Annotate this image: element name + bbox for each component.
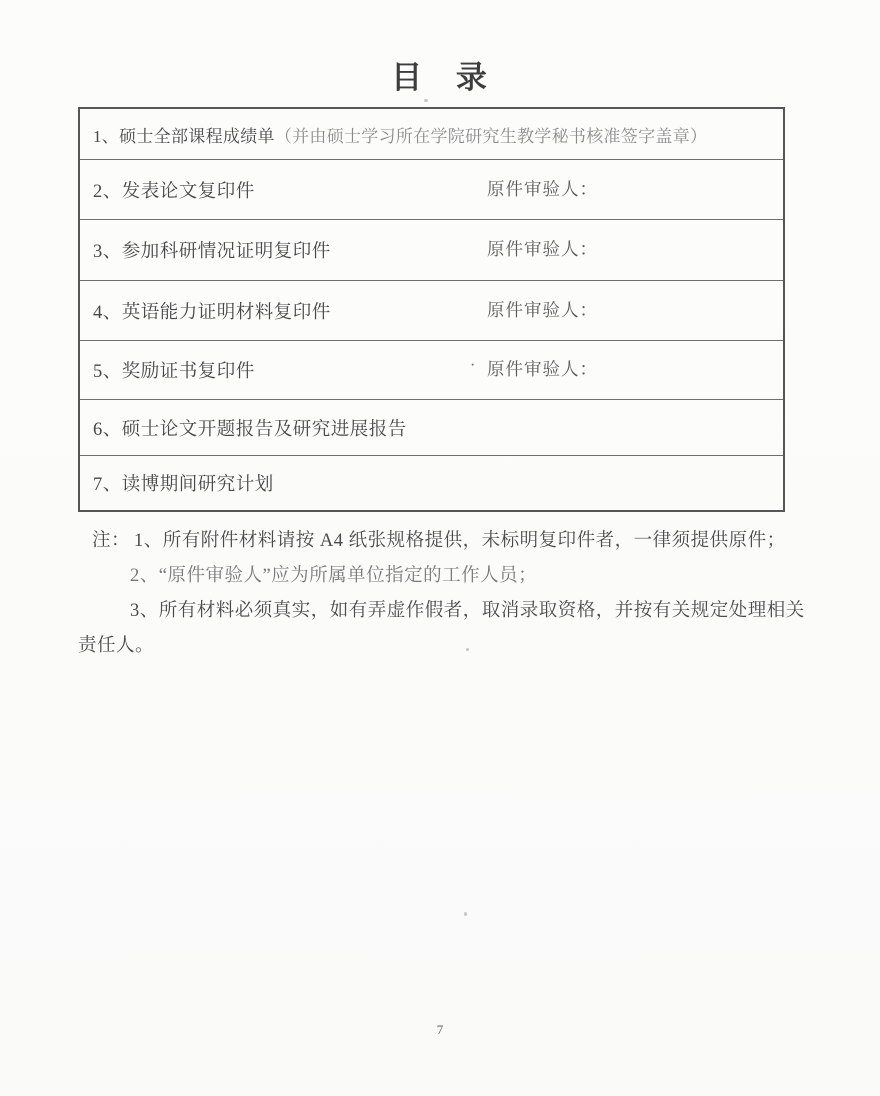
note-prefix: 注： (92, 531, 130, 551)
note-line: 3、所有材料必须真实，如有弄虚作假者，取消录取资格，并按有关规定处理相关责任人。 (78, 594, 823, 664)
row-label: 4、英语能力证明材料复印件 (80, 298, 331, 324)
notes-section: 注：1、所有附件材料请按 A4 纸张规格提供，未标明复印件者，一律须提供原件； … (78, 524, 823, 664)
table-row: 2、发表论文复印件 原件审验人： (80, 160, 783, 220)
table-row: 7、读博期间研究计划 (80, 456, 783, 510)
note-line: 注：1、所有附件材料请按 A4 纸张规格提供，未标明复印件者，一律须提供原件； (78, 524, 823, 559)
scan-dot-mark: · (470, 357, 476, 375)
table-row: 6、硕士论文开题报告及研究进展报告 (80, 400, 783, 456)
table-row: 1、硕士全部课程成绩单（并由硕士学习所在学院研究生教学秘书核准签字盖章） (80, 109, 783, 160)
row-label: 3、参加科研情况证明复印件 (80, 237, 331, 263)
note-line: 2、“原件审验人”应为所属单位指定的工作人员； (78, 559, 823, 594)
table-row: 5、奖励证书复印件 ·原件审验人： (80, 341, 783, 400)
table-row: 4、英语能力证明材料复印件 原件审验人： (80, 281, 783, 341)
row-label: 6、硕士论文开题报告及研究进展报告 (80, 415, 407, 441)
scan-speck (464, 912, 467, 916)
row-label: 2、发表论文复印件 (80, 177, 255, 203)
scan-speck (424, 99, 428, 102)
verifier-label-text: 原件审验人： (487, 359, 598, 379)
page-title: 目 录 (0, 52, 880, 97)
verifier-label: 原件审验人： (487, 176, 598, 201)
row-label: 5、奖励证书复印件 (80, 357, 255, 383)
contents-table: 1、硕士全部课程成绩单（并由硕士学习所在学院研究生教学秘书核准签字盖章） 2、发… (78, 107, 785, 512)
row-label: 1、硕士全部课程成绩单（并由硕士学习所在学院研究生教学秘书核准签字盖章） (80, 122, 707, 147)
page-number: 7 (0, 1022, 880, 1038)
verifier-label: 原件审验人： (487, 297, 598, 322)
row-label-text: 1、硕士全部课程成绩单 (93, 127, 275, 146)
verifier-label: ·原件审验人： (487, 356, 598, 381)
scanned-document-page: 目 录 1、硕士全部课程成绩单（并由硕士学习所在学院研究生教学秘书核准签字盖章）… (0, 0, 880, 1096)
scan-speck (466, 648, 469, 651)
table-row: 3、参加科研情况证明复印件 原件审验人： (80, 220, 783, 281)
note-text: 1、所有附件材料请按 A4 纸张规格提供，未标明复印件者，一律须提供原件； (134, 531, 786, 551)
row-label: 7、读博期间研究计划 (80, 470, 274, 496)
row-paren-note: （并由硕士学习所在学院研究生教学秘书核准签字盖章） (275, 127, 708, 146)
verifier-label: 原件审验人： (487, 236, 598, 261)
